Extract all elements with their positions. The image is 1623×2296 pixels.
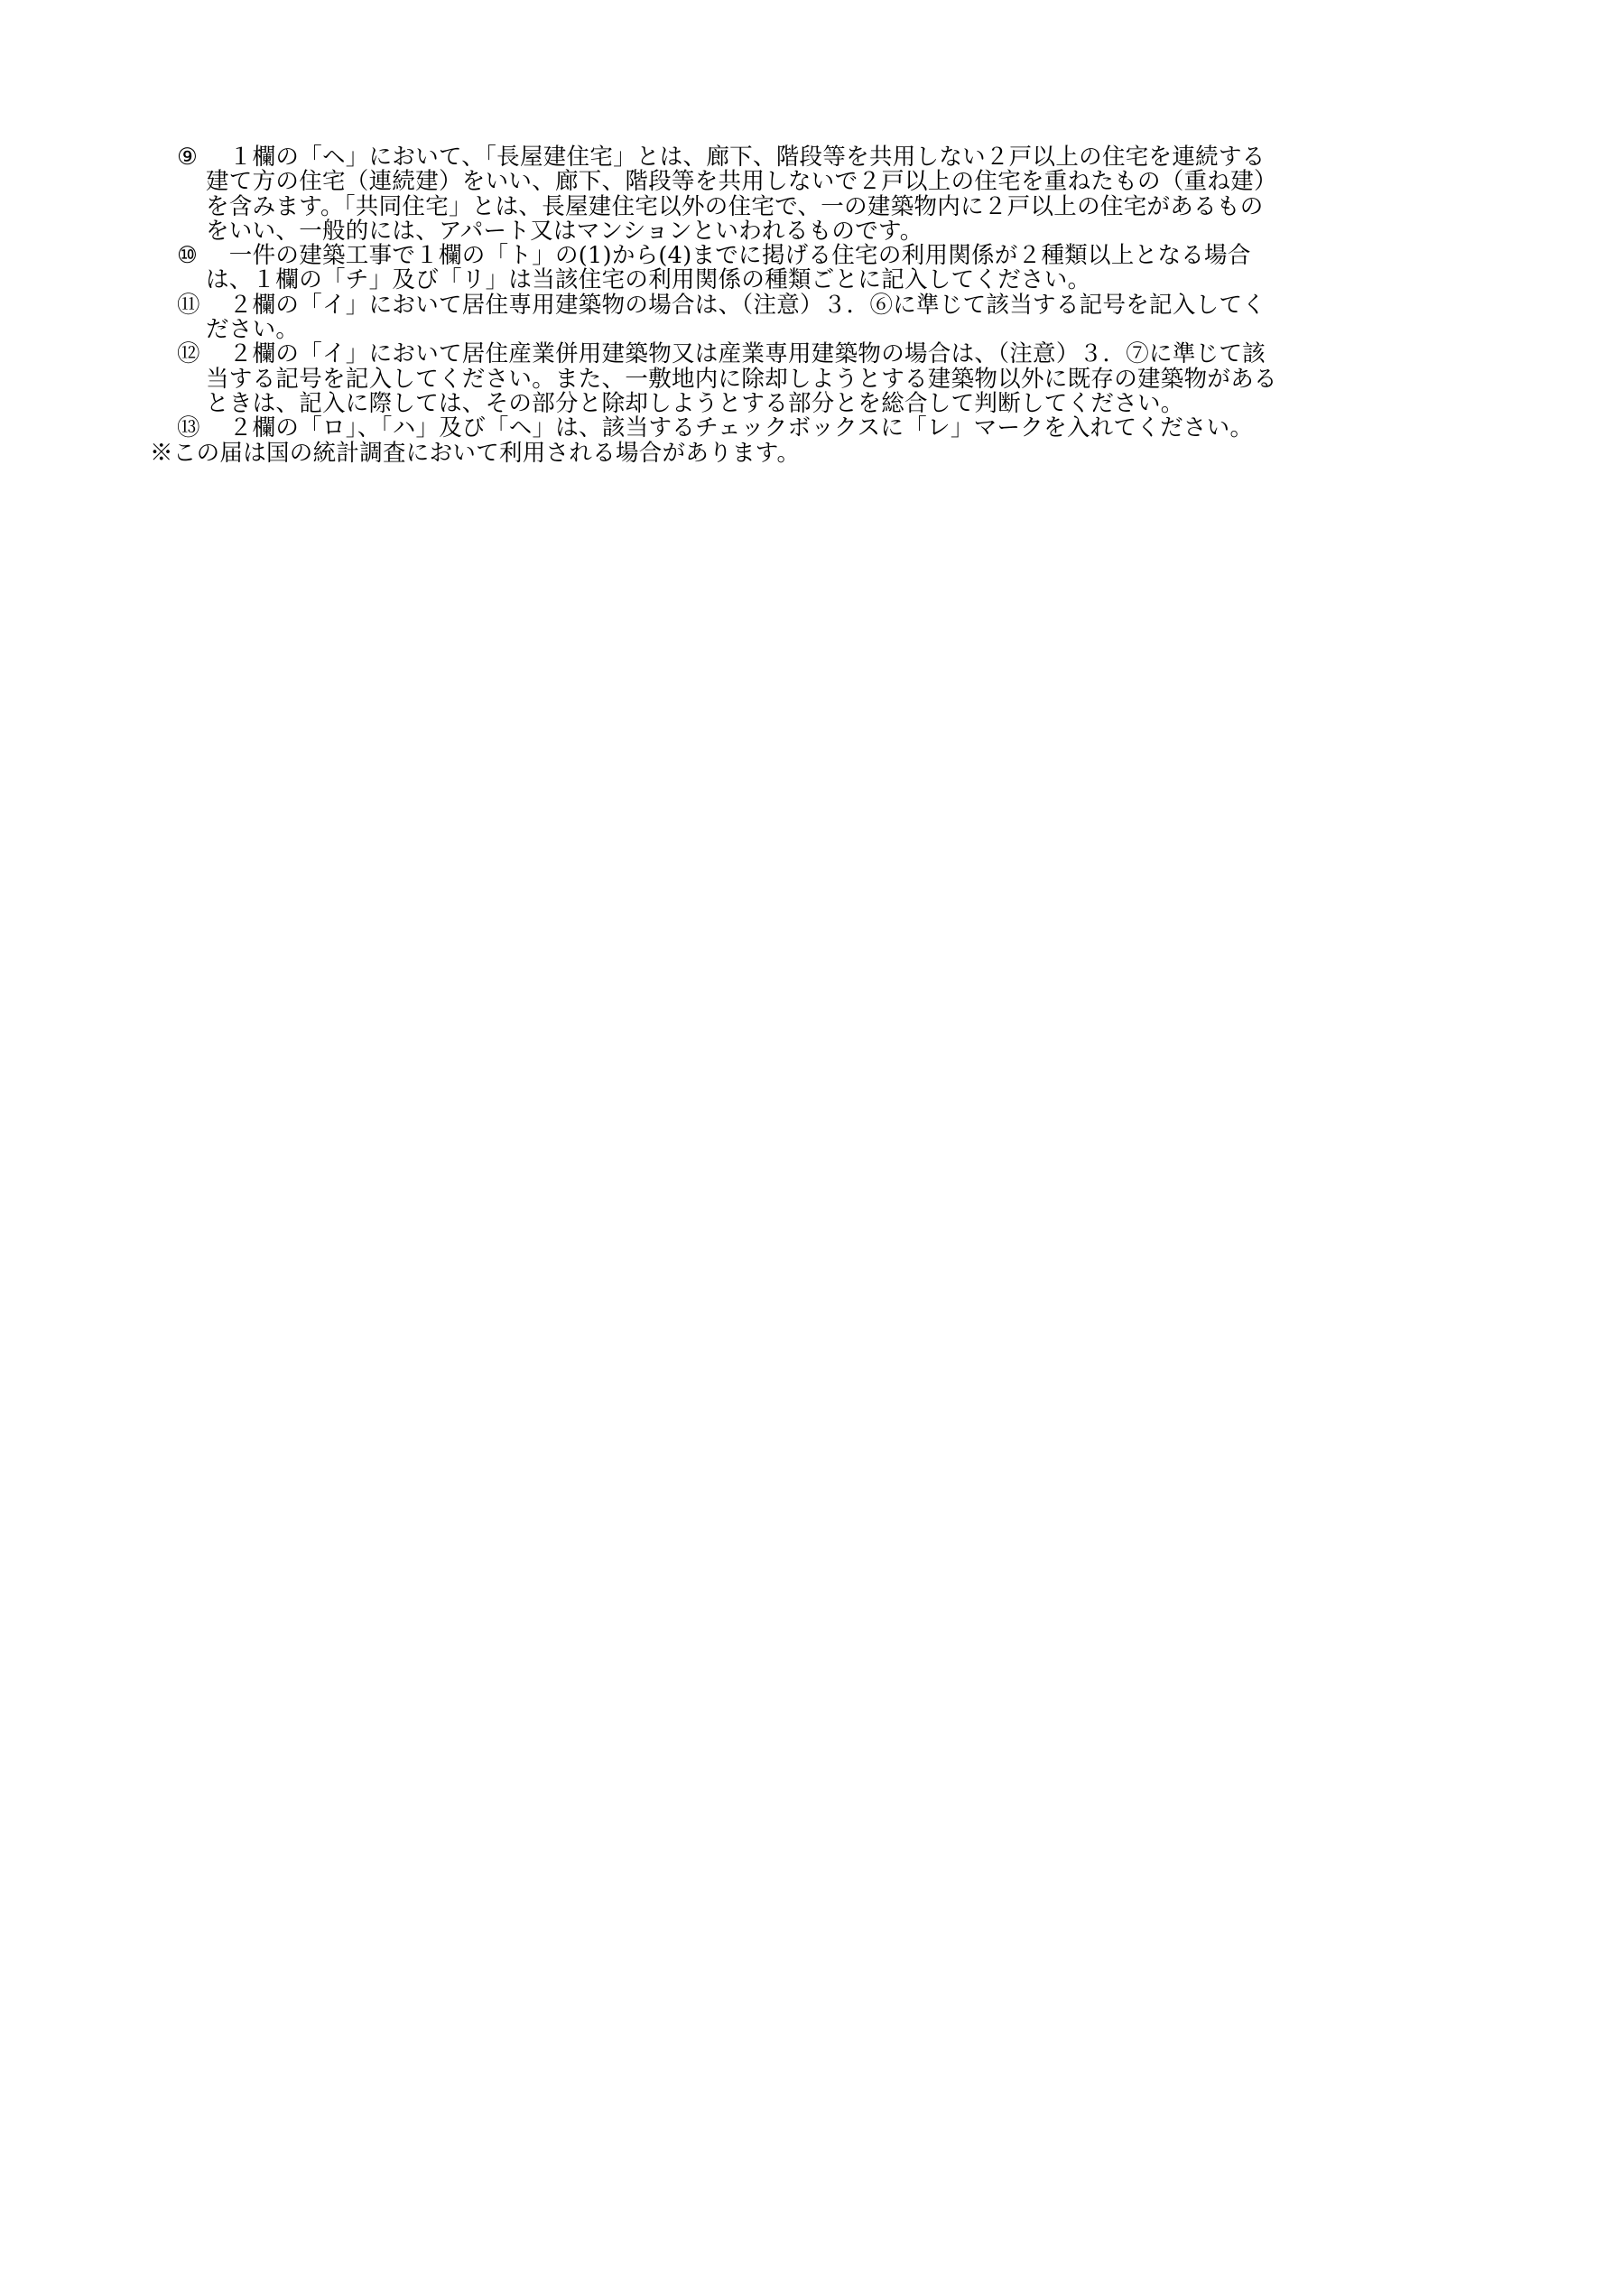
note-line: １欄の「ヘ」において、「長屋建住宅」とは、廊下、階段等を共用しない２戸以上の住宅… (206, 145, 1477, 170)
note-line: をいい、一般的には、アパート又はマンションといわれるものです。 (206, 219, 1477, 244)
notes-list: ⑨ １欄の「ヘ」において、「長屋建住宅」とは、廊下、階段等を共用しない２戸以上の… (177, 145, 1477, 466)
note-line: ２欄の「ロ」、「ハ」及び「ヘ」は、該当するチェックボックスに「レ」マークを入れて… (206, 416, 1477, 441)
note-line: ２欄の「イ」において居住産業併用建築物又は産業専用建築物の場合は、（注意）３．⑦… (206, 342, 1477, 367)
note-marker: ⑬ (177, 416, 206, 441)
note-line: 建て方の住宅（連続建）をいい、廊下、階段等を共用しないで２戸以上の住宅を重ねたも… (206, 170, 1477, 194)
note-line: ときは、記入に際しては、その部分と除却しようとする部分とを総合して判断してくださ… (206, 392, 1477, 416)
note-line: 当する記号を記入してください。また、一敷地内に除却しようとする建築物以外に既存の… (206, 367, 1477, 392)
note-item-13: ⑬ ２欄の「ロ」、「ハ」及び「ヘ」は、該当するチェックボックスに「レ」マークを入… (177, 416, 1477, 441)
note-line: 一件の建築工事で１欄の「ト」の(1)から(4)までに掲げる住宅の利用関係が２種類… (206, 244, 1477, 268)
note-line: ２欄の「イ」において居住専用建築物の場合は、（注意）３．⑥に準じて該当する記号を… (206, 293, 1477, 318)
note-item-12: ⑫ ２欄の「イ」において居住産業併用建築物又は産業専用建築物の場合は、（注意）３… (177, 342, 1477, 416)
note-line: ださい。 (206, 318, 1477, 342)
note-item-11: ⑪ ２欄の「イ」において居住専用建築物の場合は、（注意）３．⑥に準じて該当する記… (177, 293, 1477, 343)
note-item-9: ⑨ １欄の「ヘ」において、「長屋建住宅」とは、廊下、階段等を共用しない２戸以上の… (177, 145, 1477, 244)
note-line: は、１欄の「チ」及び「リ」は当該住宅の利用関係の種類ごとに記入してください。 (206, 268, 1477, 293)
note-marker: ⑪ (177, 293, 206, 318)
document-page: ⑨ １欄の「ヘ」において、「長屋建住宅」とは、廊下、階段等を共用しない２戸以上の… (0, 0, 1623, 2296)
note-marker: ⑩ (177, 244, 206, 268)
note-marker: ⑨ (177, 145, 206, 170)
statistics-usage-notice: ※この届は国の統計調査において利用される場合があります。 (150, 442, 1477, 466)
note-item-10: ⑩ 一件の建築工事で１欄の「ト」の(1)から(4)までに掲げる住宅の利用関係が２… (177, 244, 1477, 293)
note-marker: ⑫ (177, 342, 206, 367)
note-line: を含みます。「共同住宅」とは、長屋建住宅以外の住宅で、一の建築物内に２戸以上の住… (206, 195, 1477, 219)
